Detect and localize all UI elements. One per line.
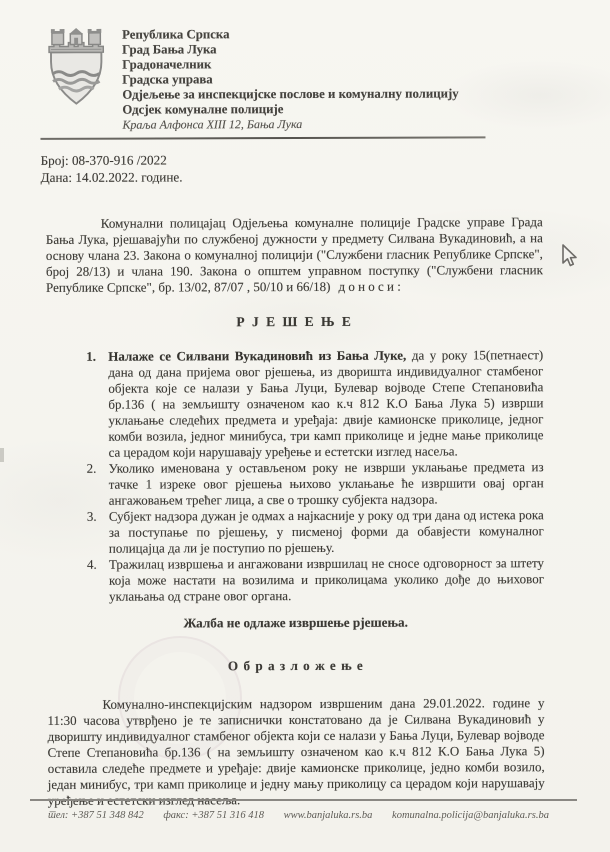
org-address: Краља Алфонса XIII 12, Бања Лука bbox=[122, 116, 458, 132]
item-number: 4. bbox=[87, 557, 109, 605]
footer-email: komunalna.policija@banjaluka.rs.ba bbox=[392, 810, 549, 821]
item-number: 1. bbox=[86, 349, 108, 461]
item-number: 2. bbox=[87, 461, 109, 509]
footer-website: www.banjaluka.rs.ba bbox=[284, 810, 373, 821]
org-line-mayor: Градоначелник bbox=[122, 56, 458, 72]
intro-donosi: д о н о с и : bbox=[338, 279, 400, 294]
decision-items: 1. Налаже се Силвани Вукадиновић из Бања… bbox=[46, 347, 544, 605]
item-number: 3. bbox=[87, 509, 109, 557]
decision-item-1: 1. Налаже се Силвани Вукадиновић из Бања… bbox=[86, 347, 543, 461]
decision-item-2: 2. Уколико именована у остављеном року н… bbox=[87, 459, 544, 509]
document-footer: тел: +387 51 348 842 факс: +387 51 316 4… bbox=[30, 799, 577, 821]
org-line-department: Одјељење за инспекцијске послове и комун… bbox=[122, 86, 458, 102]
scanned-document-page: Република Српска Град Бања Лука Градонач… bbox=[0, 0, 610, 852]
document-date: Дана: 14.02.2022. године. bbox=[41, 167, 610, 185]
scan-edge-artifact bbox=[0, 448, 4, 462]
org-line-republic: Република Српска bbox=[122, 26, 458, 42]
letterhead: Република Српска Град Бања Лука Градонач… bbox=[0, 25, 610, 133]
appeal-clause: Жалба не одлаже извршење рјешења. bbox=[47, 614, 544, 632]
document-body: Комунални полицајац Одјељења комуналне п… bbox=[1, 214, 610, 809]
intro-text: Комунални полицајац Одјељења комуналне п… bbox=[46, 214, 543, 295]
footer-telephone: тел: +387 51 348 842 bbox=[48, 810, 144, 821]
decision-item-3: 3. Субјект надзора дужан је одмах а најк… bbox=[87, 507, 544, 557]
item-text: Налаже се Силвани Вукадиновић из Бања Лу… bbox=[108, 347, 543, 461]
org-line-section: Одсјек комуналне полиције bbox=[122, 101, 458, 117]
mouse-cursor-icon bbox=[560, 244, 578, 270]
item-text: Субјект надзора дужан је одмах а најкасн… bbox=[109, 507, 544, 557]
stamp-bleedthrough bbox=[118, 636, 242, 760]
item-text: Тражилац извршења и ангажовани извршилац… bbox=[109, 555, 544, 605]
org-line-city: Град Бања Лука bbox=[122, 41, 458, 57]
decision-title: Р Ј Е Ш Е Њ Е bbox=[46, 313, 543, 331]
intro-paragraph: Комунални полицајац Одјељења комуналне п… bbox=[46, 214, 543, 296]
header-divider bbox=[40, 136, 485, 140]
item-text: Уколико именована у остављеном року не и… bbox=[109, 459, 544, 509]
explanation-title: О б р а з л о ж е њ е bbox=[47, 657, 544, 675]
document-number: Број: 08-370-916 /2022 bbox=[41, 151, 610, 169]
footer-fax: факс: +387 51 316 418 bbox=[163, 810, 264, 821]
document-meta: Број: 08-370-916 /2022 Дана: 14.02.2022.… bbox=[41, 151, 610, 186]
decision-item-4: 4. Тражилац извршења и ангажовани изврши… bbox=[87, 555, 544, 605]
banja-luka-coat-of-arms-icon bbox=[45, 27, 107, 107]
org-line-administration: Градска управа bbox=[122, 71, 458, 87]
